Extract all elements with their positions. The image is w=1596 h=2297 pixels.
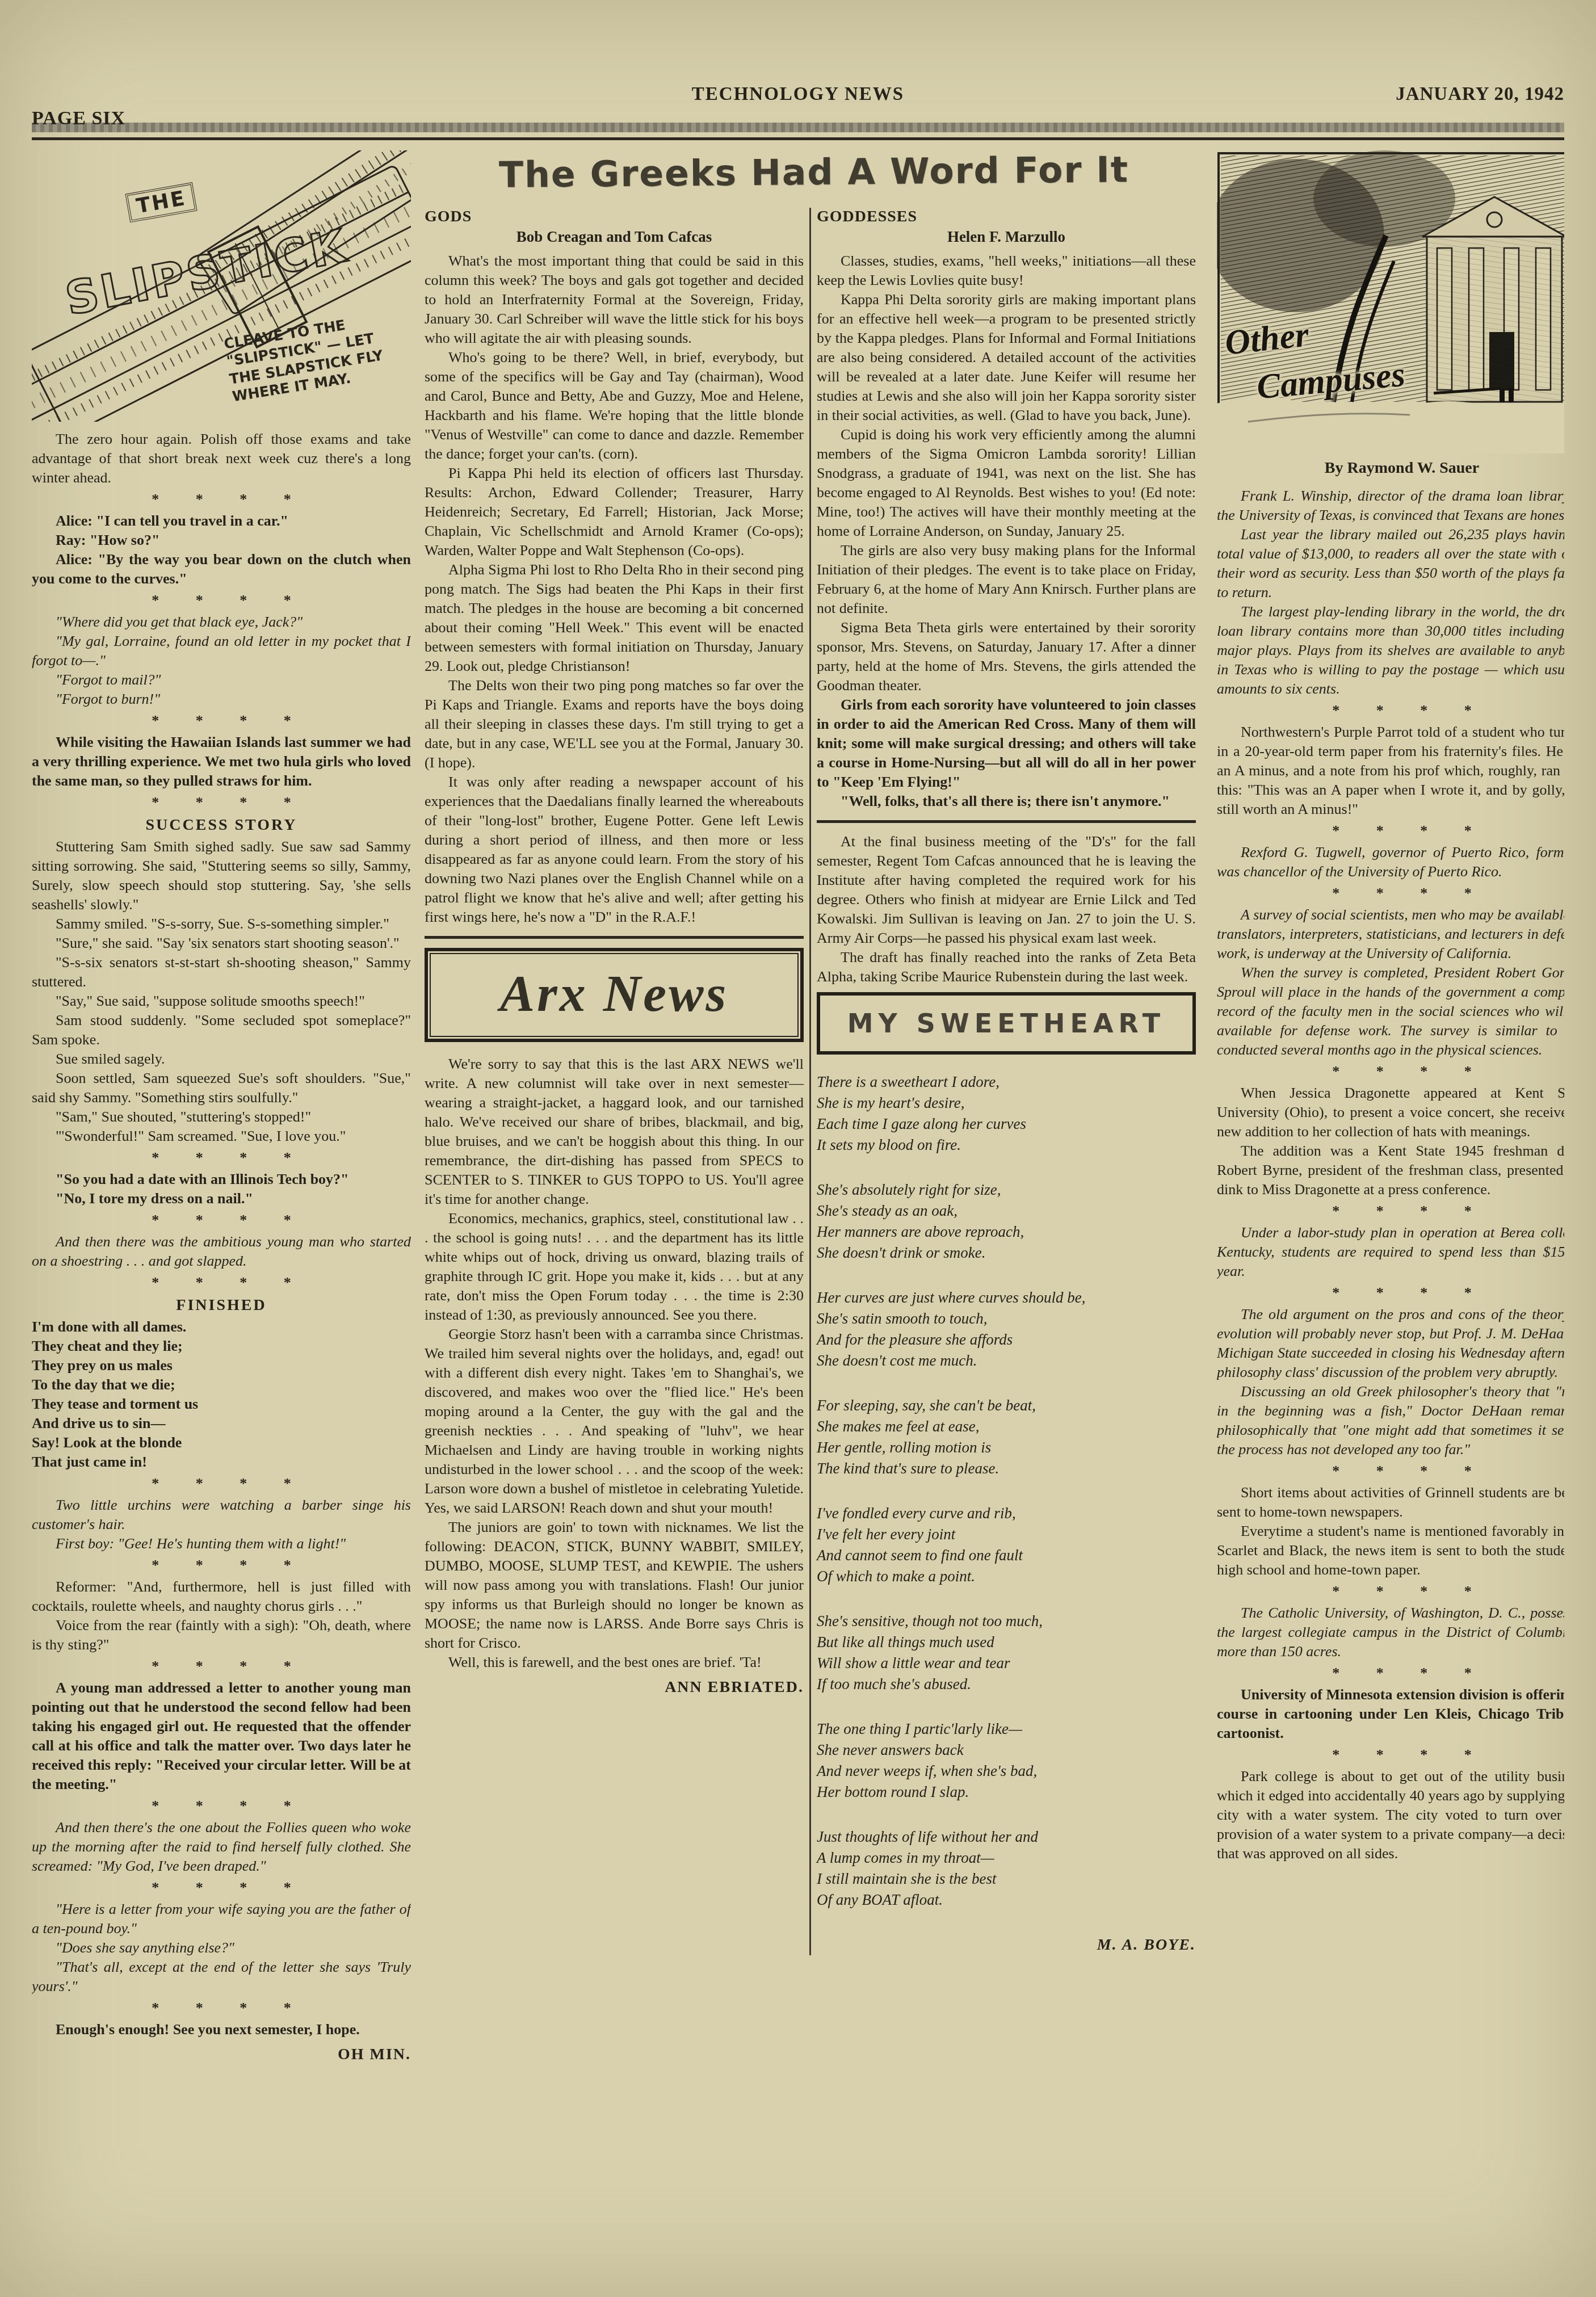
paragraph: Enough's enough! See you next semester, … (32, 2020, 411, 2039)
slipstick-body: The zero hour again. Polish off those ex… (32, 430, 411, 2064)
star-separator: * * * * (32, 1796, 411, 1816)
star-separator: * * * * (1217, 884, 1564, 903)
paragraph: Rexford G. Tugwell, governor of Puerto R… (1217, 843, 1564, 881)
paragraph: Voice from the rear (faintly with a sigh… (32, 1616, 411, 1654)
gods-byline: Bob Creagan and Tom Cafcas (425, 228, 804, 246)
paragraph: "No, I tore my dress on a nail." (32, 1189, 411, 1208)
paragraph: And then there's the one about the Folli… (32, 1818, 411, 1876)
verse-stanza: Her curves are just where curves should … (817, 1287, 1196, 1371)
paragraph: "Sure," she said. "Say 'six senators sta… (32, 934, 411, 953)
other-campuses-column: Other Campuses By Raymond W. Sauer Frank… (1217, 150, 1564, 2279)
paragraph: The juniors are goin' to town with nickn… (425, 1518, 804, 1653)
paragraph: Reformer: "And, furthermore, hell is jus… (32, 1577, 411, 1616)
column-rule (809, 208, 811, 1955)
paragraph: We're sorry to say that this is the last… (425, 1055, 804, 1209)
paragraph: University of Minnesota extension divisi… (1217, 1685, 1564, 1743)
paragraph: Short items about activities of Grinnell… (1217, 1483, 1564, 1522)
star-separator: * * * * (32, 1474, 411, 1493)
arx-news-body: We're sorry to say that this is the last… (425, 1055, 804, 1697)
paragraph: Northwestern's Purple Parrot told of a s… (1217, 723, 1564, 819)
star-separator: * * * * (32, 711, 411, 730)
paragraph: "Does she say anything else?" (32, 1938, 411, 1958)
paragraph: The Catholic University, of Washington, … (1217, 1603, 1564, 1661)
star-separator: * * * * (32, 1211, 411, 1230)
star-separator: * * * * (32, 1657, 411, 1676)
paragraph: Sam stood suddenly. "Some secluded spot … (32, 1011, 411, 1049)
star-separator: * * * * (1217, 1745, 1564, 1765)
section-divider (425, 936, 804, 939)
paragraph: While visiting the Hawaiian Islands last… (32, 733, 411, 791)
paragraph: Sigma Beta Theta girls were entertained … (817, 618, 1196, 695)
star-separator: * * * * (32, 1273, 411, 1292)
masthead-rule-thin (32, 137, 1564, 140)
paragraph: Frank L. Winship, director of the drama … (1217, 486, 1564, 525)
paragraph: Pi Kappa Phi held its election of office… (425, 464, 804, 560)
paragraph: Georgie Storz hasn't been with a carramb… (425, 1325, 804, 1518)
star-separator: * * * * (32, 1556, 411, 1575)
star-separator: * * * * (32, 793, 411, 812)
my-sweetheart-title: MY SWEETHEART (826, 1008, 1187, 1039)
paragraph: At the final business meeting of the "D'… (817, 832, 1196, 948)
paragraph: "That's all, except at the end of the le… (32, 1958, 411, 1996)
paragraph: "Well, folks, that's all there is; there… (817, 792, 1196, 811)
paragraph: The girls are also very busy making plan… (817, 541, 1196, 618)
paragraph: Alice: "I can tell you travel in a car." (32, 511, 411, 531)
verse-stanza: She's sensitive, though not too much, Bu… (817, 1611, 1196, 1695)
page-columns: THE SLIPSTICK CLEAVE TO THE "SLIPSTICK" … (32, 150, 1564, 2279)
paragraph: "'Swonderful!" Sam screamed. "Sue, I lov… (32, 1127, 411, 1146)
star-separator: * * * * (32, 1148, 411, 1168)
paragraph: Sammy smiled. "S-s-sorry, Sue. S-s-somet… (32, 914, 411, 934)
paragraph: What's the most important thing that cou… (425, 251, 804, 348)
verse-stanza: I've fondled every curve and rib, I've f… (817, 1503, 1196, 1587)
verse-stanza: The one thing I partic'larly like— She n… (817, 1719, 1196, 1803)
newspaper-page: PAGE SIX TECHNOLOGY NEWS JANUARY 20, 194… (0, 0, 1596, 2297)
paragraph: Who's going to be there? Well, in brief,… (425, 348, 804, 464)
paragraph: First boy: "Gee! He's hunting them with … (32, 1534, 411, 1553)
goddesses-label: GODDESSES (817, 208, 1196, 226)
star-separator: * * * * (1217, 1283, 1564, 1303)
paragraph: Alice: "By the way you bear down on the … (32, 550, 411, 589)
paragraph: A young man addressed a letter to anothe… (32, 1678, 411, 1794)
paragraph: Girls from each sorority have volunteere… (817, 695, 1196, 792)
goddesses-body: Classes, studies, exams, "hell weeks," i… (817, 251, 1196, 811)
paragraph: "Here is a letter from your wife saying … (32, 1900, 411, 1938)
masthead-rule-thick (32, 123, 1564, 132)
paragraph: Everytime a student's name is mentioned … (1217, 1522, 1564, 1580)
arx-news-title: Arx News (434, 967, 795, 1019)
star-separator: * * * * (1217, 1062, 1564, 1081)
star-separator: * * * * (1217, 1664, 1564, 1683)
paragraph: "Forgot to mail?" (32, 670, 411, 690)
paragraph: Soon settled, Sam squeezed Sue's soft sh… (32, 1069, 411, 1107)
page-header: PAGE SIX TECHNOLOGY NEWS JANUARY 20, 194… (32, 84, 1564, 115)
paragraph: The zero hour again. Polish off those ex… (32, 430, 411, 488)
newspaper-title: TECHNOLOGY NEWS (692, 84, 904, 105)
paragraph: When the survey is completed, President … (1217, 963, 1564, 1060)
sub-heading: FINISHED (32, 1296, 411, 1315)
paragraph: "S-s-six senators st-st-start sh-shootin… (32, 953, 411, 992)
other-campuses-byline: By Raymond W. Sauer (1217, 459, 1564, 477)
star-separator: * * * * (1217, 1202, 1564, 1221)
my-sweetheart-poem: There is a sweetheart I adore, She is my… (817, 1072, 1196, 1955)
paragraph: "Say," Sue said, "suppose solitude smoot… (32, 992, 411, 1011)
paragraph: Cupid is doing his work very efficiently… (817, 425, 1196, 541)
verse-stanza: There is a sweetheart I adore, She is my… (817, 1072, 1196, 1156)
paragraph: Kappa Phi Delta sorority girls are makin… (817, 290, 1196, 425)
paragraph: The addition was a Kent State 1945 fresh… (1217, 1141, 1564, 1199)
paragraph: Ray: "How so?" (32, 531, 411, 550)
my-sweetheart-box: MY SWEETHEART (817, 992, 1196, 1055)
star-separator: * * * * (1217, 821, 1564, 841)
paragraph: "So you had a date with an Illinois Tech… (32, 1170, 411, 1189)
paragraph: Sue smiled sagely. (32, 1049, 411, 1069)
paragraph: The Delts won their two ping pong matche… (425, 676, 804, 772)
star-separator: * * * * (1217, 1462, 1564, 1481)
paragraph: Well, this is farewell, and the best one… (425, 1653, 804, 1672)
gods-label: GODS (425, 208, 804, 226)
greeks-columns: GODS Bob Creagan and Tom Cafcas What's t… (425, 208, 1203, 1955)
paragraph: Last year the library mailed out 26,235 … (1217, 525, 1564, 602)
paragraph: It was only after reading a newspaper ac… (425, 772, 804, 927)
other-campuses-art: Other Campuses (1217, 150, 1564, 453)
other-campuses-body: Frank L. Winship, director of the drama … (1217, 486, 1564, 1863)
issue-date: JANUARY 20, 1942 (1396, 84, 1564, 105)
paragraph: Economics, mechanics, graphics, steel, c… (425, 1209, 804, 1325)
paragraph: A survey of social scientists, men who m… (1217, 905, 1564, 963)
paragraph: The largest play-lending library in the … (1217, 602, 1564, 699)
star-separator: * * * * (32, 1878, 411, 1897)
signature: ANN EBRIATED. (425, 1678, 804, 1697)
slipstick-masthead-art: THE SLIPSTICK CLEAVE TO THE "SLIPSTICK" … (32, 150, 411, 422)
paragraph: The draft has finally reached into the r… (817, 948, 1196, 986)
paragraph: Alpha Sigma Phi lost to Rho Delta Rho in… (425, 560, 804, 676)
gods-column: GODS Bob Creagan and Tom Cafcas What's t… (425, 208, 804, 1955)
paragraph: "Sam," Sue shouted, "stuttering's stoppe… (32, 1107, 411, 1127)
paragraph: "Forgot to burn!" (32, 690, 411, 709)
star-separator: * * * * (1217, 701, 1564, 720)
goddesses-column: GODDESSES Helen F. Marzullo Classes, stu… (817, 208, 1196, 1955)
gods-body: What's the most important thing that cou… (425, 251, 804, 927)
section-divider (817, 820, 1196, 823)
verse-stanza: She's absolutely right for size, She's s… (817, 1179, 1196, 1263)
paragraph: "My gal, Lorraine, found an old letter i… (32, 632, 411, 670)
paragraph: When Jessica Dragonette appeared at Kent… (1217, 1084, 1564, 1141)
paragraph: The old argument on the pros and cons of… (1217, 1305, 1564, 1382)
slipstick-column: THE SLIPSTICK CLEAVE TO THE "SLIPSTICK" … (32, 150, 411, 2279)
paragraph: Stuttering Sam Smith sighed sadly. Sue s… (32, 837, 411, 914)
star-separator: * * * * (1217, 1582, 1564, 1601)
campus-etching-illustration (1217, 150, 1564, 453)
arx-news-box: Arx News (425, 948, 804, 1042)
paragraph: And then there was the ambitious young m… (32, 1232, 411, 1271)
paragraph: Classes, studies, exams, "hell weeks," i… (817, 251, 1196, 290)
page-number: PAGE SIX (32, 108, 125, 129)
paragraph: "Where did you get that black eye, Jack?… (32, 612, 411, 632)
paragraph: Discussing an old Greek philosopher's th… (1217, 1382, 1564, 1459)
star-separator: * * * * (32, 490, 411, 509)
star-separator: * * * * (32, 1998, 411, 2018)
signature: M. A. BOYE. (817, 1934, 1196, 1955)
ds-fraternity-body: At the final business meeting of the "D'… (817, 832, 1196, 986)
sub-heading: SUCCESS STORY (32, 816, 411, 835)
signature: OH MIN. (32, 2045, 411, 2064)
verse-stanza: Just thoughts of life without her and A … (817, 1826, 1196, 1910)
verse-stanza: For sleeping, say, she can't be beat, Sh… (817, 1395, 1196, 1479)
paragraph: Two little urchins were watching a barbe… (32, 1496, 411, 1534)
greeks-section: The Greeks Had A Word For It GODS Bob Cr… (425, 150, 1203, 2279)
paragraph: Under a labor-study plan in operation at… (1217, 1223, 1564, 1281)
verse: I'm done with all dames. They cheat and … (32, 1317, 411, 1472)
goddesses-byline: Helen F. Marzullo (817, 228, 1196, 246)
star-separator: * * * * (32, 591, 411, 610)
greeks-title: The Greeks Had A Word For It (425, 150, 1204, 196)
paragraph: Park college is about to get out of the … (1217, 1767, 1564, 1863)
